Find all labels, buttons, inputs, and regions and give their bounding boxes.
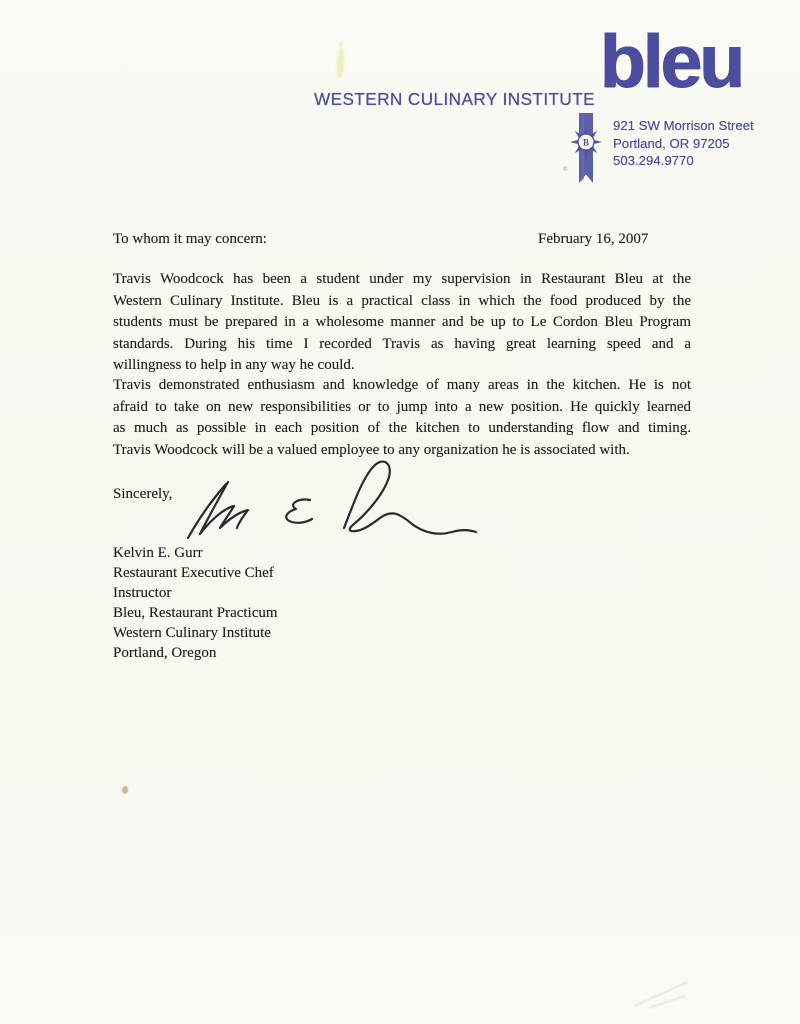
signer-name: Kelvin E. Gurr — [113, 544, 278, 564]
le-cordon-bleu-ribbon-medal-icon: B ® — [560, 111, 606, 187]
scan-smudge-yellow-dot — [339, 42, 343, 47]
handwritten-signature — [172, 452, 482, 547]
text-line: Western Culinary Institute. Bleu is a pr… — [113, 291, 691, 313]
svg-text:®: ® — [563, 166, 568, 173]
text-line: Instructor — [113, 584, 278, 604]
text-line: standards. During his time I recorded Tr… — [113, 334, 691, 356]
svg-text:B: B — [583, 138, 589, 148]
text-line: Restaurant Executive Chef — [113, 564, 278, 584]
text-line: as much as possible in each position of … — [113, 418, 691, 440]
scanned-letter-page: WESTERN CULINARY INSTITUTE bleu B ® 921 … — [0, 0, 800, 1024]
institute-name: WESTERN CULINARY INSTITUTE — [314, 89, 595, 110]
address-city: Portland, OR 97205 — [613, 135, 754, 153]
text-line: Bleu, Restaurant Practicum — [113, 604, 278, 624]
signer-titles: Restaurant Executive ChefInstructorBleu,… — [113, 564, 278, 664]
text-line: willingness to help in any way he could. — [113, 355, 691, 377]
text-line: students must be prepared in a wholesome… — [113, 312, 691, 334]
text-line: afraid to take on new responsibilities o… — [113, 397, 691, 419]
closing: Sincerely, — [113, 486, 172, 503]
scan-smudge-yellow — [336, 48, 345, 78]
text-line: Travis Woodcock has been a student under… — [113, 269, 691, 291]
address-block: 921 SW Morrison Street Portland, OR 9720… — [613, 117, 754, 170]
salutation: To whom it may concern: — [113, 231, 267, 248]
letter-date: February 16, 2007 — [538, 231, 648, 248]
paragraph-2: Travis demonstrated enthusiasm and knowl… — [113, 375, 691, 461]
text-line: Portland, Oregon — [113, 644, 278, 664]
text-line: Western Culinary Institute — [113, 624, 278, 644]
address-phone: 503.294.9770 — [613, 152, 754, 170]
paragraph-1: Travis Woodcock has been a student under… — [113, 269, 691, 377]
address-street: 921 SW Morrison Street — [613, 117, 754, 135]
text-line: Travis demonstrated enthusiasm and knowl… — [113, 375, 691, 397]
bleu-wordmark: bleu — [600, 24, 742, 99]
scan-speck — [122, 786, 128, 794]
signature-block: Kelvin E. Gurr Restaurant Executive Chef… — [113, 544, 278, 663]
